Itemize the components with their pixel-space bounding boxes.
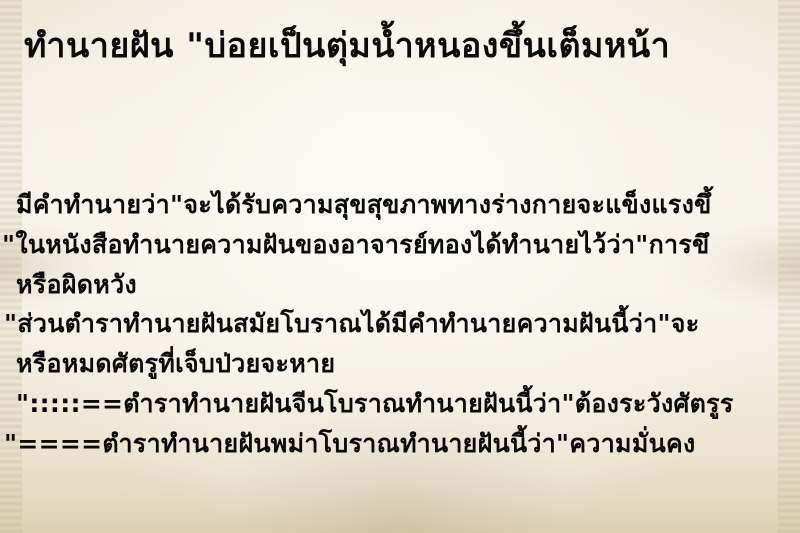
- prediction-line-3: หรือผิดหวัง: [16, 265, 137, 305]
- page-title: ทำนายฝัน "บ่อยเป็นตุ่มน้ำหนองขึ้นเต็มหน้…: [24, 16, 670, 76]
- prediction-line-4: "ส่วนตำราทำนายฝันสมัยโบราณได้มีคำทำนายคว…: [4, 304, 699, 344]
- prediction-line-1: มีคำทำนายว่า"จะได้รับความสุขสุขภาพทางร่า…: [16, 185, 712, 225]
- paper-edge-right: [778, 0, 800, 533]
- prediction-line-5: หรือหมดศัตรูที่เจ็บป่วยจะหาย: [16, 344, 335, 384]
- prediction-line-6: ":::::==ตำราทำนายฝันจีนโบราณทำนายฝันนี้ว…: [16, 384, 734, 424]
- paper-background: ทำนายฝัน "บ่อยเป็นตุ่มน้ำหนองขึ้นเต็มหน้…: [0, 0, 800, 533]
- prediction-line-7: "====ตำราทำนายฝันพม่าโบราณทำนายฝันนี้ว่า…: [4, 424, 696, 464]
- prediction-line-2: "ในหนังสือทำนายความฝันของอาจารย์ทองได้ทำ…: [2, 225, 710, 265]
